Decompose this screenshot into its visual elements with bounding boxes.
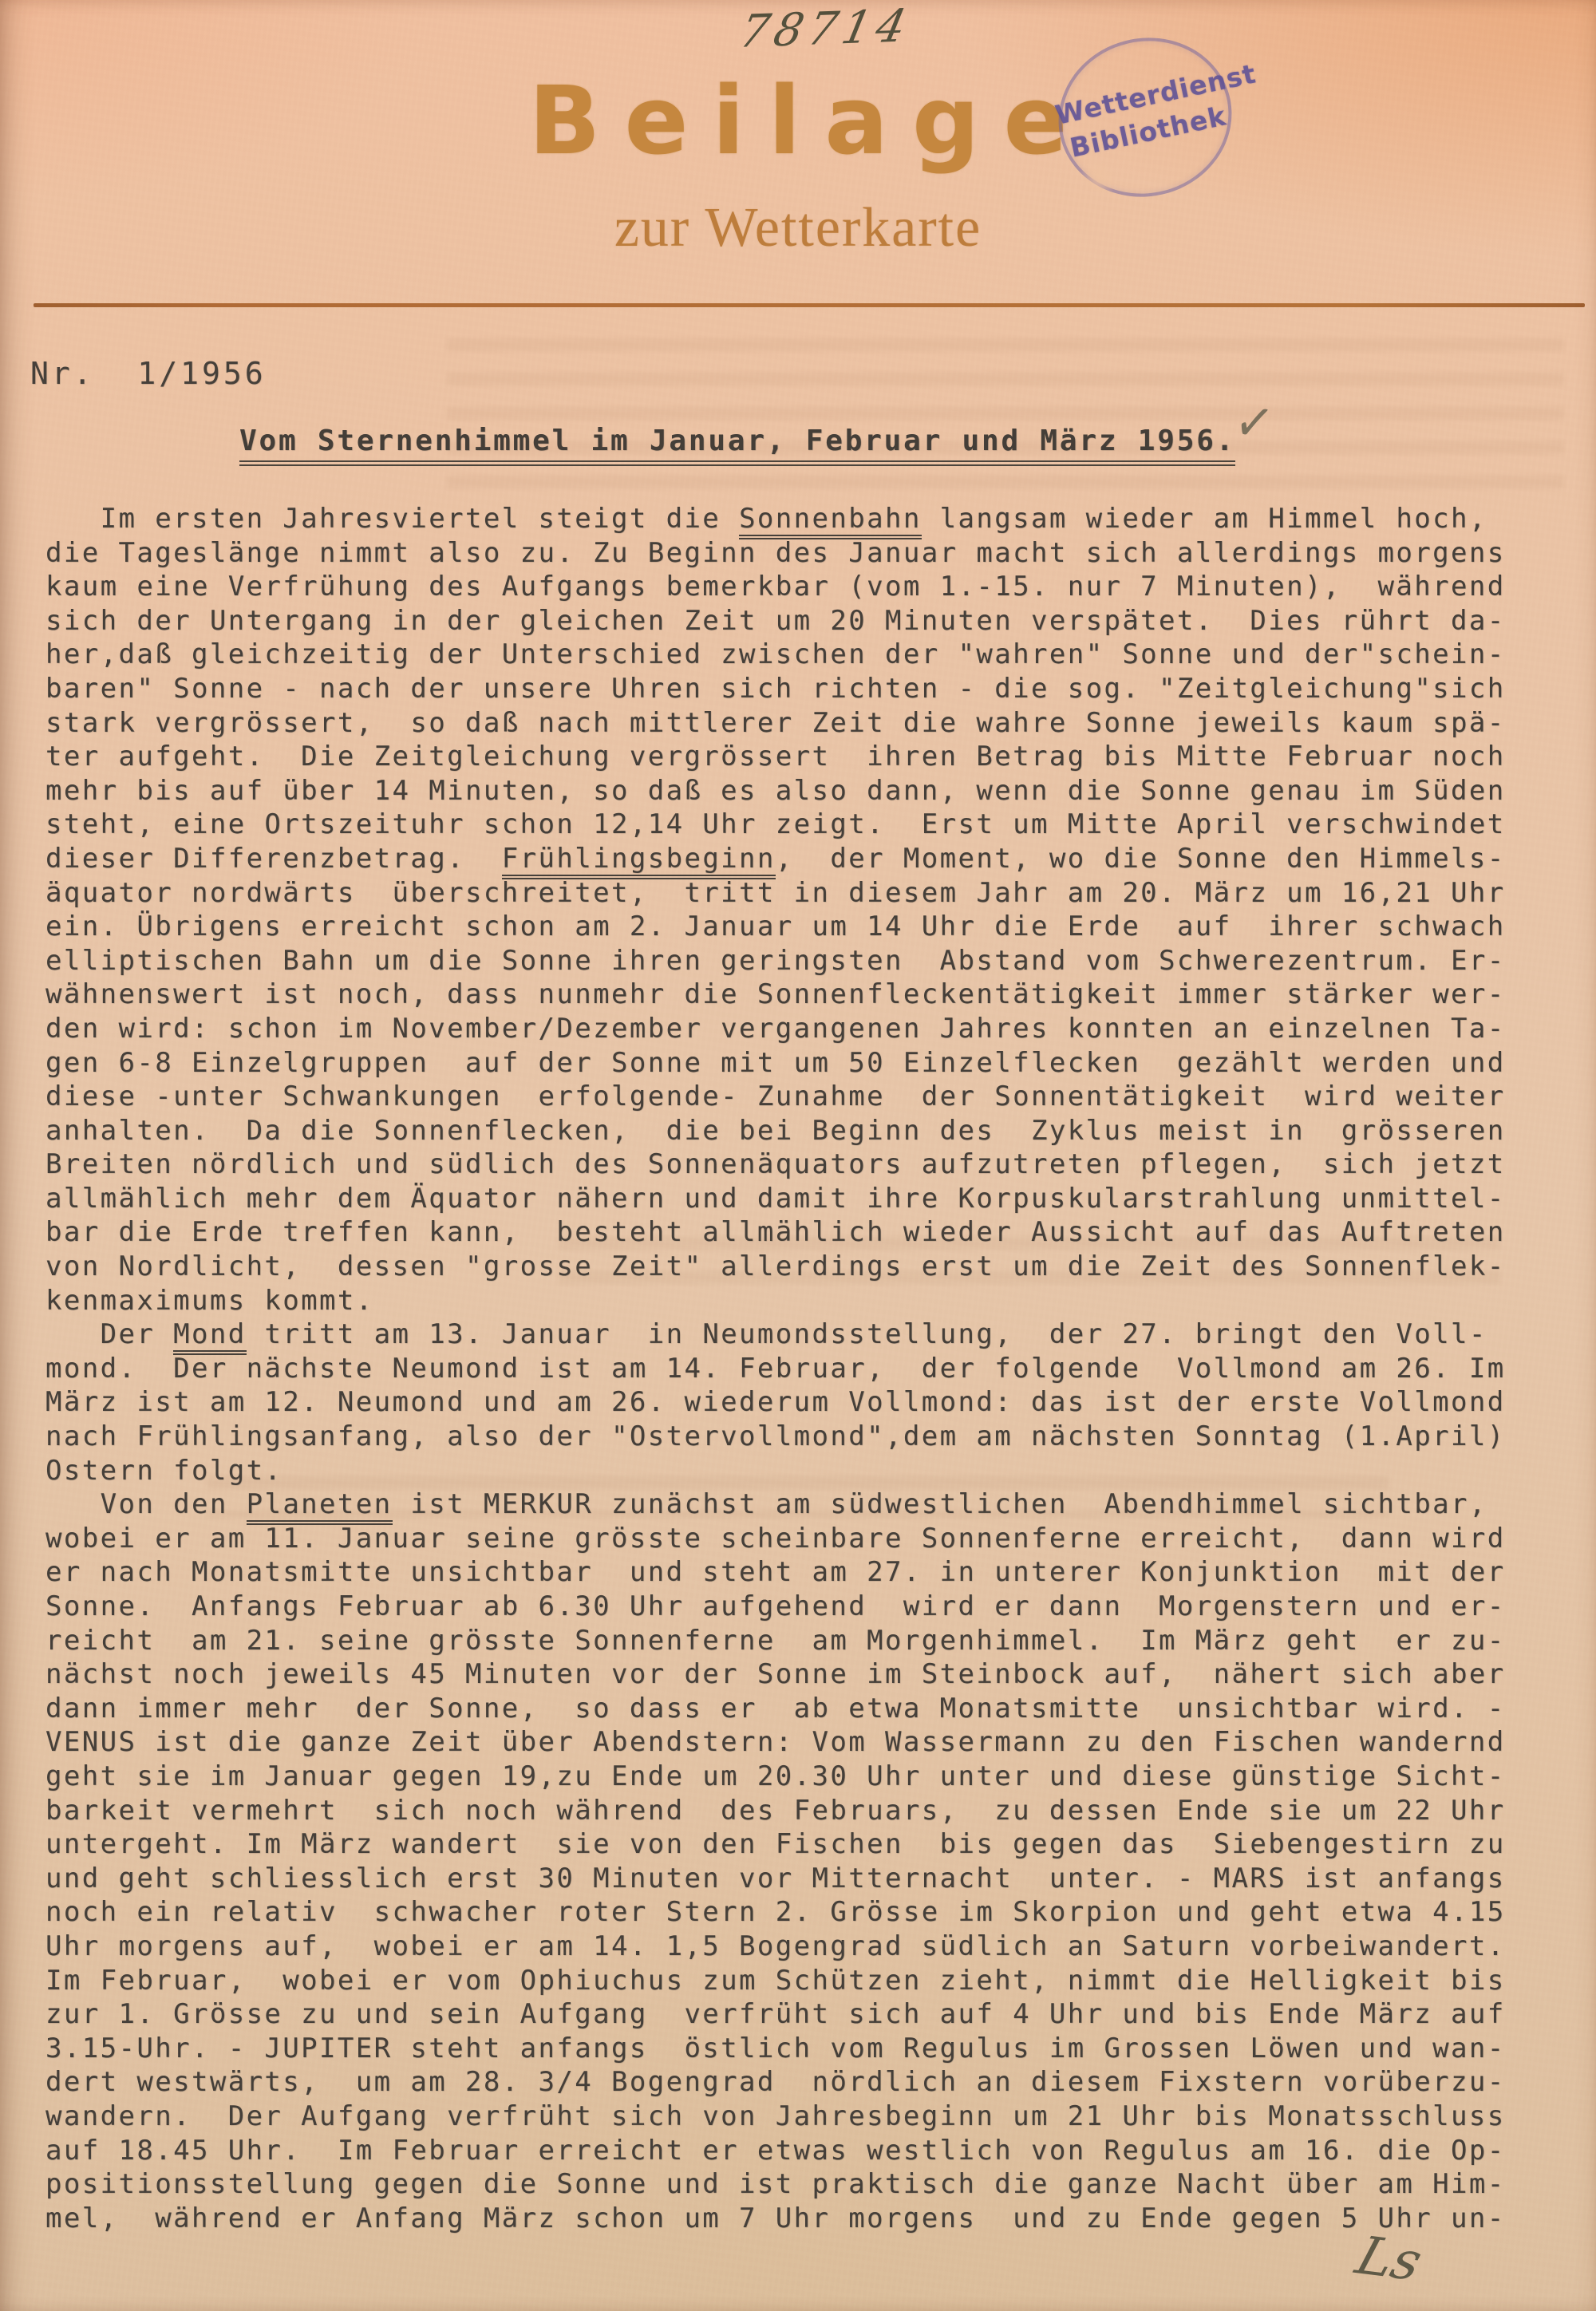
body-line: baren" Sonne - nach der unsere Uhren sic… (45, 672, 1506, 706)
body-line: Der Mond tritt am 13. Januar in Neumonds… (45, 1317, 1506, 1352)
body-text-segment: auf 18.45 Uhr. Im Februar erreicht er et… (45, 2135, 1506, 2167)
body-text-segment: wähnenswert ist noch, dass nunmehr die S… (45, 978, 1506, 1010)
body-text-segment: allmählich mehr dem Äquator nähern und d… (45, 1183, 1506, 1215)
body-line: 3.15-Uhr. - JUPITER steht anfangs östlic… (45, 2032, 1506, 2066)
body-line: barkeit vermehrt sich noch während des F… (45, 1794, 1506, 1828)
article-body: Im ersten Jahresviertel steigt die Sonne… (45, 502, 1506, 2235)
masthead-title: Beilage (0, 65, 1596, 176)
body-line: dieser Differenzbetrag. Frühlingsbeginn,… (45, 842, 1506, 876)
body-text-segment: tritt am 13. Januar in Neumondsstellung,… (247, 1318, 1487, 1350)
body-text-segment: barkeit vermehrt sich noch während des F… (45, 1795, 1506, 1827)
body-line: kenmaximums kommt. (45, 1284, 1506, 1318)
body-text-segment: baren" Sonne - nach der unsere Uhren sic… (45, 673, 1506, 705)
body-line: VENUS ist die ganze Zeit über Abendstern… (45, 1725, 1506, 1760)
body-line: mel, während er Anfang März schon um 7 U… (45, 2202, 1506, 2236)
body-line: mond. Der nächste Neumond ist am 14. Feb… (45, 1352, 1506, 1386)
body-text-segment: von Nordlicht, dessen "grosse Zeit" alle… (45, 1250, 1506, 1282)
body-line: her,daß gleichzeitig der Unterschied zwi… (45, 638, 1506, 672)
body-line: auf 18.45 Uhr. Im Februar erreicht er et… (45, 2134, 1506, 2168)
body-line: Von den Planeten ist MERKUR zunächst am … (45, 1487, 1506, 1522)
body-text-segment: ter aufgeht. Die Zeitgleichung vergrösse… (45, 741, 1506, 772)
body-text-segment: elliptischen Bahn um die Sonne ihren ger… (45, 945, 1506, 977)
body-text-segment: Von den (45, 1488, 247, 1520)
body-line: wähnenswert ist noch, dass nunmehr die S… (45, 978, 1506, 1012)
body-text-segment: her,daß gleichzeitig der Unterschied zwi… (45, 638, 1506, 670)
body-line: März ist am 12. Neumond und am 26. wiede… (45, 1385, 1506, 1420)
body-text-segment: Ostern folgt. (45, 1455, 282, 1487)
body-text-segment: Uhr morgens auf, wobei er am 14. 1,5 Bog… (45, 1930, 1506, 1962)
bleedthrough-smudge (447, 329, 1564, 500)
body-text-segment: diese -unter Schwankungen erfolgende- Zu… (45, 1080, 1506, 1112)
body-text-segment: langsam wieder am Himmel hoch, (922, 503, 1487, 535)
body-line: zur 1. Grösse zu und sein Aufgang verfrü… (45, 1997, 1506, 2032)
body-line: nächst noch jeweils 45 Minuten vor der S… (45, 1657, 1506, 1692)
body-text-segment: mond. Der nächste Neumond ist am 14. Feb… (45, 1353, 1506, 1385)
body-line: mehr bis auf über 14 Minuten, so daß es … (45, 774, 1506, 808)
body-line: ein. Übrigens erreicht schon am 2. Janua… (45, 910, 1506, 944)
body-line: Im ersten Jahresviertel steigt die Sonne… (45, 502, 1506, 536)
body-line: elliptischen Bahn um die Sonne ihren ger… (45, 944, 1506, 978)
body-text-segment: dieser Differenzbetrag. (45, 843, 502, 875)
body-line: ter aufgeht. Die Zeitgleichung vergrösse… (45, 740, 1506, 774)
body-text-segment: nach Frühlingsanfang, also der "Ostervol… (45, 1420, 1506, 1452)
body-text-segment: ist MERKUR zunächst am südwestlichen Abe… (393, 1488, 1487, 1520)
body-text-segment: kenmaximums kommt. (45, 1285, 374, 1317)
body-text-segment: wobei er am 11. Januar seine grösste sch… (45, 1523, 1506, 1554)
article-heading: Vom Sternenhimmel im Januar, Februar und… (239, 425, 1235, 466)
body-text-segment: VENUS ist die ganze Zeit über Abendstern… (45, 1726, 1506, 1758)
body-text-segment: den wird: schon im November/Dezember ver… (45, 1013, 1506, 1045)
body-text-segment: er nach Monatsmitte unsichtbar und steht… (45, 1556, 1506, 1588)
underlined-term: Sonnenbahn (739, 503, 922, 539)
masthead-subtitle: zur Wetterkarte (0, 196, 1596, 260)
body-text-segment: steht, eine Ortszeituhr schon 12,14 Uhr … (45, 808, 1506, 840)
body-line: anhalten. Da die Sonnenflecken, die bei … (45, 1114, 1506, 1148)
body-line: wobei er am 11. Januar seine grösste sch… (45, 1522, 1506, 1556)
body-text-segment: dann immer mehr der Sonne, so dass er ab… (45, 1693, 1506, 1724)
body-text-segment: positionsstellung gegen die Sonne und is… (45, 2168, 1506, 2200)
body-text-segment: sich der Untergang in der gleichen Zeit … (45, 605, 1506, 637)
body-line: dert westwärts, um am 28. 3/4 Bogengrad … (45, 2065, 1506, 2100)
body-text-segment: reicht am 21. seine grösste Sonnenferne … (45, 1625, 1506, 1657)
body-text-segment: wandern. Der Aufgang verfrüht sich von J… (45, 2100, 1506, 2132)
body-text-segment: mel, während er Anfang März schon um 7 U… (45, 2202, 1506, 2234)
handwritten-accession-number: 78714 (735, 0, 916, 58)
body-line: er nach Monatsmitte unsichtbar und steht… (45, 1555, 1506, 1590)
body-text-segment: dert westwärts, um am 28. 3/4 Bogengrad … (45, 2066, 1506, 2098)
underlined-term: Mond (173, 1318, 246, 1355)
body-line: diese -unter Schwankungen erfolgende- Zu… (45, 1080, 1506, 1114)
body-line: Breiten nördlich und südlich des Sonnenä… (45, 1148, 1506, 1182)
body-text-segment: Sonne. Anfangs Februar ab 6.30 Uhr aufge… (45, 1590, 1506, 1622)
body-text-segment: untergeht. Im März wandert sie von den F… (45, 1828, 1506, 1860)
body-line: und geht schliesslich erst 30 Minuten vo… (45, 1862, 1506, 1896)
body-line: positionsstellung gegen die Sonne und is… (45, 2167, 1506, 2202)
body-line: von Nordlicht, dessen "grosse Zeit" alle… (45, 1250, 1506, 1284)
body-line: nach Frühlingsanfang, also der "Ostervol… (45, 1420, 1506, 1454)
body-text-segment: ein. Übrigens erreicht schon am 2. Janua… (45, 911, 1506, 942)
body-line: steht, eine Ortszeituhr schon 12,14 Uhr … (45, 808, 1506, 842)
body-text-segment: die Tageslänge nimmt also zu. Zu Beginn … (45, 537, 1506, 569)
body-line: reicht am 21. seine grösste Sonnenferne … (45, 1624, 1506, 1658)
body-text-segment: 3.15-Uhr. - JUPITER steht anfangs östlic… (45, 2032, 1506, 2064)
body-text-segment: Im ersten Jahresviertel steigt die (45, 503, 739, 535)
body-text-segment: kaum eine Verfrühung des Aufgangs bemerk… (45, 571, 1506, 602)
body-text-segment: geht sie im Januar gegen 19,zu Ende um 2… (45, 1760, 1506, 1792)
body-text-segment: Im Februar, wobei er vom Ophiuchus zum S… (45, 1965, 1506, 1997)
body-text-segment: noch ein relativ schwacher roter Stern 2… (45, 1896, 1506, 1928)
body-line: gen 6-8 Einzelgruppen auf der Sonne mit … (45, 1046, 1506, 1080)
body-text-segment: äquator nordwärts überschreitet, tritt i… (45, 877, 1506, 909)
body-line: Uhr morgens auf, wobei er am 14. 1,5 Bog… (45, 1930, 1506, 1964)
body-line: äquator nordwärts überschreitet, tritt i… (45, 876, 1506, 911)
body-text-segment: Breiten nördlich und südlich des Sonnenä… (45, 1148, 1506, 1180)
body-line: untergeht. Im März wandert sie von den F… (45, 1827, 1506, 1862)
body-text-segment: bar die Erde treffen kann, besteht allmä… (45, 1216, 1506, 1248)
body-line: Sonne. Anfangs Februar ab 6.30 Uhr aufge… (45, 1590, 1506, 1624)
body-text-segment: mehr bis auf über 14 Minuten, so daß es … (45, 775, 1506, 807)
body-text-segment: , der Moment, wo die Sonne den Himmels- (776, 843, 1506, 875)
body-line: die Tageslänge nimmt also zu. Zu Beginn … (45, 536, 1506, 571)
underlined-term: Planeten (247, 1488, 393, 1525)
body-text-segment: nächst noch jeweils 45 Minuten vor der S… (45, 1658, 1506, 1690)
body-text-segment: Der (45, 1318, 173, 1350)
body-line: kaum eine Verfrühung des Aufgangs bemerk… (45, 570, 1506, 604)
body-line: den wird: schon im November/Dezember ver… (45, 1012, 1506, 1046)
body-text-segment: stark vergrössert, so daß nach mittlerer… (45, 707, 1506, 739)
issue-number: Nr. 1/1956 (30, 356, 267, 391)
body-line: dann immer mehr der Sonne, so dass er ab… (45, 1692, 1506, 1726)
body-line: allmählich mehr dem Äquator nähern und d… (45, 1182, 1506, 1216)
body-text-segment: und geht schliesslich erst 30 Minuten vo… (45, 1863, 1506, 1894)
body-line: noch ein relativ schwacher roter Stern 2… (45, 1895, 1506, 1930)
body-line: bar die Erde treffen kann, besteht allmä… (45, 1215, 1506, 1250)
body-line: Ostern folgt. (45, 1454, 1506, 1488)
body-line: sich der Untergang in der gleichen Zeit … (45, 604, 1506, 638)
body-text-segment: anhalten. Da die Sonnenflecken, die bei … (45, 1115, 1506, 1147)
body-line: wandern. Der Aufgang verfrüht sich von J… (45, 2100, 1506, 2134)
body-text-segment: zur 1. Grösse zu und sein Aufgang verfrü… (45, 1998, 1506, 2030)
underlined-term: Frühlingsbeginn (502, 843, 776, 879)
body-line: geht sie im Januar gegen 19,zu Ende um 2… (45, 1760, 1506, 1794)
body-text-segment: gen 6-8 Einzelgruppen auf der Sonne mit … (45, 1047, 1506, 1079)
body-line: Im Februar, wobei er vom Ophiuchus zum S… (45, 1964, 1506, 1998)
scanned-document-page: 78714 Beilage Wetterdienst Bibliothek zu… (0, 0, 1596, 2311)
body-text-segment: März ist am 12. Neumond und am 26. wiede… (45, 1386, 1506, 1418)
body-line: stark vergrössert, so daß nach mittlerer… (45, 706, 1506, 741)
masthead-divider-rule (34, 303, 1585, 307)
pencil-checkmark-icon: ✓ (1231, 389, 1278, 457)
